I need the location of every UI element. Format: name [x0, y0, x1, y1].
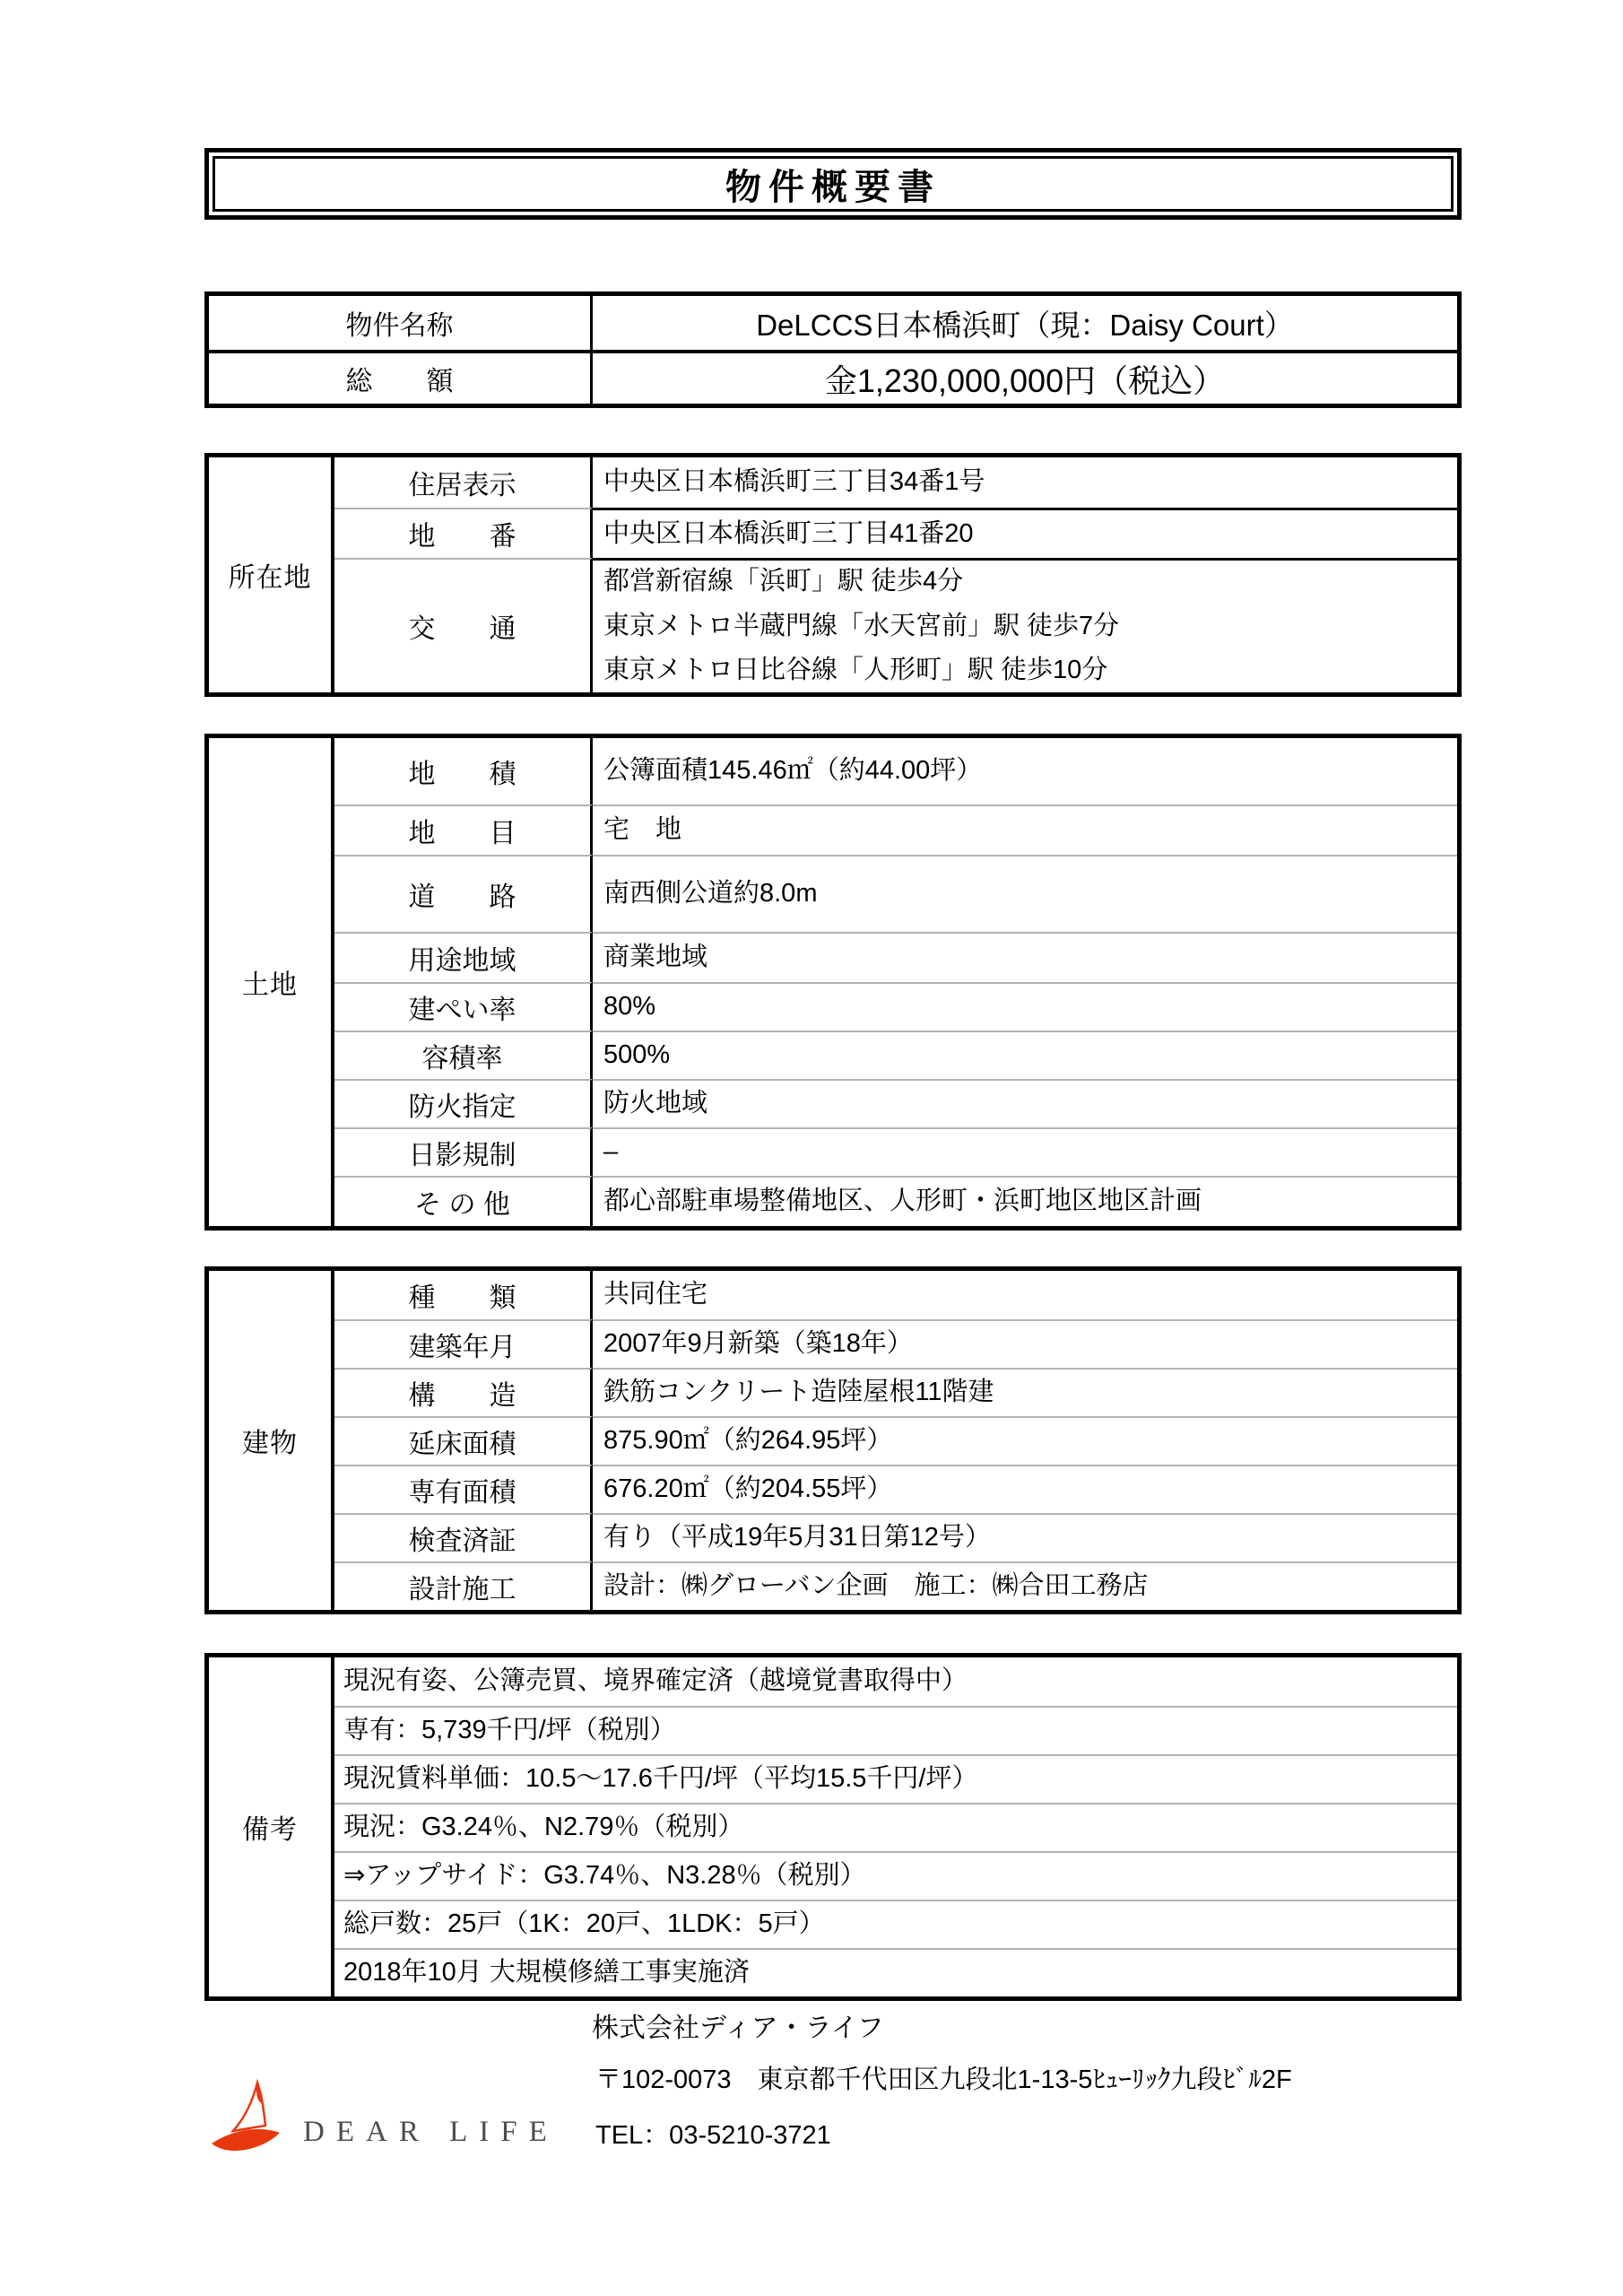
row-label: そ の 他	[334, 1176, 593, 1226]
row-value: 商業地域	[593, 932, 1457, 982]
row-label: 地 目	[334, 804, 593, 855]
row-value: 中央区日本橋浜町三丁目34番1号	[593, 457, 1457, 508]
row-label: 日影規制	[334, 1127, 593, 1176]
property-name-value: DeLCCS日本橋浜町（現：Daisy Court）	[593, 296, 1457, 350]
remarks-table: 備考 現況有姿、公簿売買、境界確定済（越境覚書取得中） 専有：5,739千円/坪…	[204, 1653, 1462, 2001]
row-label: 用途地域	[334, 932, 593, 982]
row-value: 500%	[593, 1031, 1457, 1079]
row-label: 延床面積	[334, 1416, 593, 1465]
location-table: 所在地 住居表示 中央区日本橋浜町三丁目34番1号 地 番 中央区日本橋浜町三丁…	[204, 453, 1462, 697]
total-price-value: 金1,230,000,000円（税込）	[593, 350, 1457, 404]
page-title: 物件概要書	[213, 156, 1454, 212]
remarks-line: 専有：5,739千円/坪（税別）	[334, 1706, 1457, 1754]
property-name-label: 物件名称	[209, 296, 593, 350]
remarks-line: 総戸数：25戸（1K：20戸、1LDK：5戸）	[334, 1900, 1457, 1948]
row-label: 防火指定	[334, 1079, 593, 1127]
row-value: 宅 地	[593, 804, 1457, 855]
row-label: 専有面積	[334, 1465, 593, 1513]
row-value: 南西側公道約8.0m	[593, 855, 1457, 932]
row-label: 道 路	[334, 855, 593, 932]
row-value: 676.20㎡（約204.55坪）	[593, 1465, 1457, 1513]
dear-life-logo: DEAR LIFE	[208, 2077, 559, 2175]
row-value: 中央区日本橋浜町三丁目41番20	[593, 508, 1457, 558]
remarks-group-label: 備考	[209, 1657, 334, 1996]
remarks-line: ⇒アップサイド：G3.74％、N3.28％（税別）	[334, 1851, 1457, 1900]
remarks-line: 現況：G3.24％、N2.79％（税別）	[334, 1803, 1457, 1851]
title-box: 物件概要書	[204, 148, 1462, 220]
row-label: 設計施工	[334, 1561, 593, 1610]
row-label: 建ぺい率	[334, 982, 593, 1031]
row-value: 共同住宅	[593, 1271, 1457, 1319]
row-value: 鉄筋コンクリート造陸屋根11階建	[593, 1368, 1457, 1416]
row-value: 80%	[593, 982, 1457, 1031]
row-value: 有り（平成19年5月31日第12号）	[593, 1513, 1457, 1561]
remarks-line: 現況有姿、公簿売買、境界確定済（越境覚書取得中）	[334, 1657, 1457, 1706]
row-value: –	[593, 1127, 1457, 1176]
row-label: 構 造	[334, 1368, 593, 1416]
company-phone: TEL：03-5210-3721	[595, 2115, 831, 2152]
location-group-label: 所在地	[209, 457, 334, 692]
row-label: 住居表示	[334, 457, 593, 508]
row-label: 検査済証	[334, 1513, 593, 1561]
dear-life-logo-icon	[208, 2077, 298, 2175]
row-value: 875.90㎡（約264.95坪）	[593, 1416, 1457, 1465]
row-value: 設計：㈱グローバン企画 施工：㈱合田工務店	[593, 1561, 1457, 1610]
row-label: 地 積	[334, 738, 593, 804]
row-value: 公簿面積145.46㎡（約44.00坪）	[593, 738, 1457, 804]
row-value: 2007年9月新築（築18年）	[593, 1319, 1457, 1368]
row-value: 防火地域	[593, 1079, 1457, 1127]
row-label: 種 類	[334, 1271, 593, 1319]
row-value: 都心部駐車場整備地区、人形町・浜町地区地区計画	[593, 1176, 1457, 1226]
row-label: 地 番	[334, 508, 593, 558]
document-page: { "title": "物件概要書", "summary": { "rows":…	[0, 0, 1623, 2296]
company-address: 〒102-0073 東京都千代田区九段北1-13-5ﾋｭｰﾘｯｸ九段ﾋﾞﾙ2F	[595, 2059, 1292, 2096]
building-group-label: 建物	[209, 1271, 334, 1610]
company-name: 株式会社ディア・ライフ	[592, 2005, 884, 2045]
row-value: 都営新宿線「浜町」駅 徒歩4分 東京メトロ半蔵門線「水天宮前」駅 徒歩7分 東京…	[593, 558, 1457, 692]
remarks-line: 2018年10月 大規模修繕工事実施済	[334, 1948, 1457, 1996]
land-table: 土地 地 積 公簿面積145.46㎡（約44.00坪） 地 目 宅 地 道 路 …	[204, 734, 1462, 1231]
row-label: 交 通	[334, 558, 593, 692]
row-label: 容積率	[334, 1031, 593, 1079]
summary-table: 物件名称 DeLCCS日本橋浜町（現：Daisy Court） 総 額 金1,2…	[204, 291, 1462, 408]
total-price-label: 総 額	[209, 350, 593, 404]
row-label: 建築年月	[334, 1319, 593, 1368]
remarks-line: 現況賃料単価：10.5～17.6千円/坪（平均15.5千円/坪）	[334, 1754, 1457, 1803]
land-group-label: 土地	[209, 738, 334, 1226]
building-table: 建物 種 類 共同住宅 建築年月 2007年9月新築（築18年） 構 造 鉄筋コ…	[204, 1266, 1462, 1614]
dear-life-logo-text: DEAR LIFE	[303, 2116, 559, 2149]
